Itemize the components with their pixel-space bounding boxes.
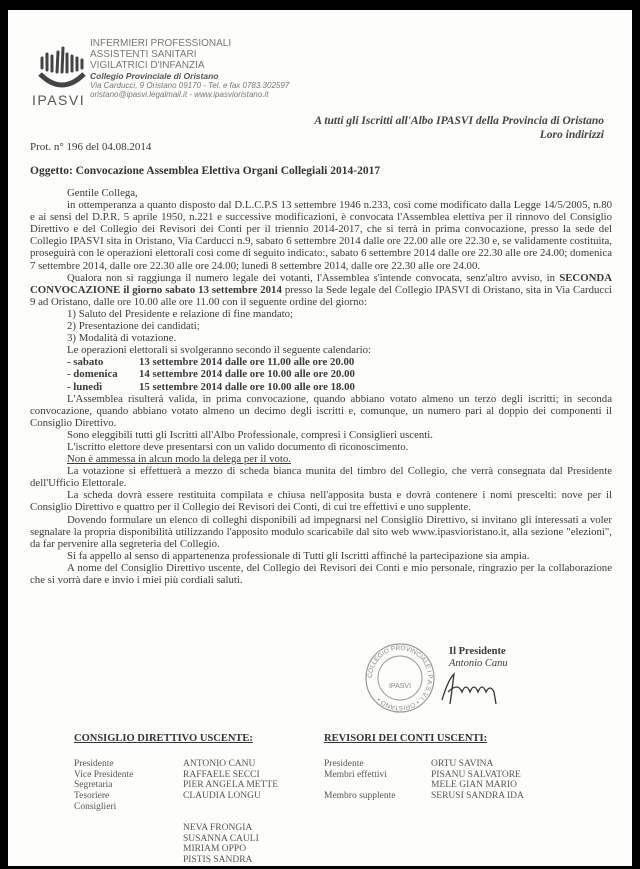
paragraph: A nome del Consiglio Direttivo uscente, … [30,562,612,586]
member-row: SUSANNA CAULI [74,834,278,845]
calendar-row: - sabato13 settembre 2014 dalle ore 11.0… [30,356,612,368]
member-name [183,802,278,813]
greeting: Gentile Collega, [30,187,612,199]
paragraph: Si fa appello al senso di appartenenza p… [30,550,612,562]
member-name: RAFFAELE SECCI [183,770,278,781]
paragraph: La scheda dovrà essere restituita compil… [30,489,612,513]
college-name: Collegio Provinciale di Oristano [90,71,289,81]
svg-text:IPASVI: IPASVI [389,683,411,690]
member-row: PresidenteANTONIO CANU [74,759,278,770]
ipasvi-logo-icon [34,46,90,96]
org-line: VIGILATRICI D'INFANZIA [90,60,289,71]
member-row: NEVA FRONGIA [74,823,278,834]
member-row: Vice PresidenteRAFFAELE SECCI [74,770,278,781]
member-name: ORTU SAVINA [431,759,524,770]
member-name: SUSANNA CAULI [183,834,278,845]
member-name: SERUSI SANDRA IDA [431,791,524,802]
paragraph: Dovendo formulare un elenco di colleghi … [30,514,612,550]
member-row: MELE GIAN MARIO [324,780,524,791]
logo-text: IPASVI [32,92,85,108]
signature-block: Il Presidente Antonio Canu [449,646,508,670]
address: Via Carducci, 9 Oristano 09170 - Tel. e … [90,81,289,90]
member-name: MIRIAM OPPO [183,844,278,855]
member-name: PIER ANGELA METTE [183,780,278,791]
calendar-row: - domenica14 settembre 2014 dalle ore 10… [30,368,612,380]
member-row: Membro supplenteSERUSI SANDRA IDA [324,791,524,802]
recipients: A tutti gli Iscritti all'Albo IPASVI del… [314,114,604,142]
agenda-item: 1) Saluto del Presidente e relazione di … [30,308,612,320]
underlined-text: Non è ammessa in alcun modo la delega pe… [67,453,291,465]
role: Membro supplente [324,791,431,802]
role [74,855,183,866]
calendar-day: - domenica [67,368,139,380]
role [74,823,183,834]
member-row: MIRIAM OPPO [74,844,278,855]
member-name: PISANU SALVATORE [431,770,524,781]
role: Segretaria [74,780,183,791]
role [74,834,183,845]
calendar-text: 15 settembre 2014 dalle ore 10.00 alle o… [139,381,612,393]
paragraph: in ottemperanza a quanto disposto dal D.… [30,199,612,272]
revisori-dei-conti: REVISORI DEI CONTI USCENTI: PresidenteOR… [324,734,524,802]
recipients-line: A tutti gli Iscritti all'Albo IPASVI del… [314,114,604,128]
member-row: Membri effettiviPISANU SALVATORE [324,770,524,781]
svg-text:COLLEGIO PROVINCIALE I.P.A.S.V: COLLEGIO PROVINCIALE I.P.A.S.V.I. • ORIS… [367,645,433,711]
subject: Oggetto: Convocazione Assemblea Elettiva… [30,165,380,177]
member-name: NEVA FRONGIA [183,823,278,834]
protocol-number: Prot. n° 196 del 04.08.2014 [30,141,151,153]
section-title: REVISORI DEI CONTI USCENTI: [324,734,524,745]
member-row: Consiglieri [74,802,278,813]
member-row: PISTIS SANDRA [74,855,278,866]
calendar-row: - lunedì15 settembre 2014 dalle ore 10.0… [30,381,612,393]
calendar-text: 14 settembre 2014 dalle ore 10.00 alle o… [139,368,612,380]
member-row: PresidenteORTU SAVINA [324,759,524,770]
paragraph: Qualora non si raggiunga il numero legal… [30,272,612,308]
organization-info: INFERMIERI PROFESSIONALI ASSISTENTI SANI… [90,38,289,99]
member-row: TesoriereCLAUDIA LONGU [74,791,278,802]
text: Qualora non si raggiunga il numero legal… [67,272,559,284]
calendar-day: - sabato [67,356,139,368]
agenda-item: 2) Presentazione dei candidati; [30,320,612,332]
agenda-item: 3) Modalità di votazione. [30,332,612,344]
contacts: oristano@ipasvi.legalmail.it - www.ipasv… [90,90,289,99]
member-name: PISTIS SANDRA [183,855,278,866]
paragraph: L'Assemblea risulterà valida, in prima c… [30,393,612,429]
calendar-day: - lunedì [67,381,139,393]
calendar-intro: Le operazioni elettorali si svolgeranno … [30,344,612,356]
member-name: CLAUDIA LONGU [183,791,278,802]
letter-body: Gentile Collega, in ottemperanza a quant… [30,187,612,586]
signer-title: Il Presidente [449,646,508,658]
stamp-text: COLLEGIO PROVINCIALE I.P.A.S.V.I. • ORIS… [367,645,433,711]
college-stamp-icon: COLLEGIO PROVINCIALE I.P.A.S.V.I. • ORIS… [364,642,436,714]
recipients-line: Loro indirizzi [314,128,604,142]
signer-name: Antonio Canu [449,658,508,670]
role [324,780,431,791]
role: Presidente [74,759,183,770]
member-row: SegretariaPIER ANGELA METTE [74,780,278,791]
section-title: CONSIGLIO DIRETTIVO USCENTE: [74,734,278,745]
consiglio-direttivo: CONSIGLIO DIRETTIVO USCENTE: PresidenteA… [74,734,278,866]
paragraph: Non è ammessa in alcun modo la delega pe… [30,453,612,465]
document-page: IPASVI INFERMIERI PROFESSIONALI ASSISTEN… [8,10,632,866]
paragraph: La votazione si effettuerà a mezzo di sc… [30,465,612,489]
paragraph: L'iscritto elettore deve presentarsi con… [30,441,612,453]
org-line: INFERMIERI PROFESSIONALI [90,38,289,49]
calendar-text: 13 settembre 2014 dalle ore 11.00 alle o… [139,356,612,368]
role: Consiglieri [74,802,183,813]
role: Presidente [324,759,431,770]
handwritten-signature-icon [438,670,518,706]
role: Vice Presidente [74,770,183,781]
role [74,844,183,855]
paragraph: Sono eleggibili tutti gli Iscritti all'A… [30,429,612,441]
role: Tesoriere [74,791,183,802]
member-name: MELE GIAN MARIO [431,780,524,791]
org-line: ASSISTENTI SANITARI [90,49,289,60]
member-name: ANTONIO CANU [183,759,278,770]
role: Membri effettivi [324,770,431,781]
